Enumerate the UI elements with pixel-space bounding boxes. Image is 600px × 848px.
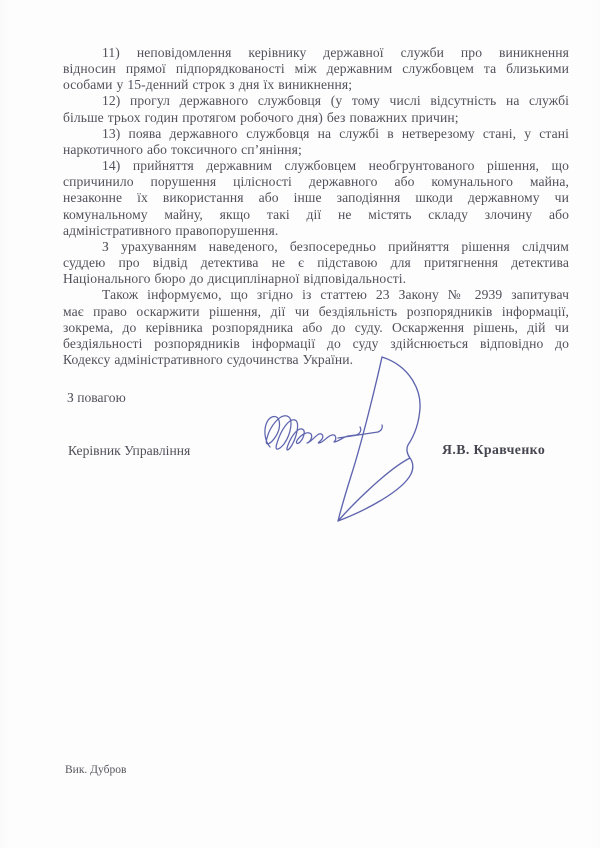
document-line: бездіяльності розпорядників інформації д… — [63, 336, 569, 352]
document-line: зокрема, до керівника розпорядника або д… — [63, 320, 569, 336]
document-line: суддею про відвід детектива не є підстав… — [63, 255, 569, 271]
document-body: 11) неповідомлення керівнику державної с… — [63, 45, 569, 368]
document-line: адміністративного правопорушення. — [63, 223, 569, 239]
closing-salutation: З повагою — [67, 390, 126, 406]
scanned-letter-page: 11) неповідомлення керівнику державної с… — [0, 0, 600, 848]
signature-letters-stroke — [265, 416, 382, 450]
document-line: спричинило порушення цілісності державно… — [63, 174, 569, 190]
document-line: особами у 15-денний строк з дня їх виник… — [63, 77, 569, 93]
document-line: З урахуванням наведеного, безпосередньо … — [63, 239, 569, 255]
document-line: більше трьох годин протягом робочого дня… — [63, 110, 569, 126]
document-line: Кодексу адміністративного судочинства Ук… — [63, 352, 569, 368]
document-line: відносин прямої підпорядкованості між де… — [63, 61, 569, 77]
signer-name: Я.В. Кравченко — [442, 442, 545, 458]
document-line: незаконне їх використання або інше запод… — [63, 190, 569, 206]
signer-title: Керівник Управління — [68, 443, 190, 459]
document-line: 13) поява державного службовця на службі… — [63, 126, 569, 142]
document-line: Також інформуємо, що згідно із статтею 2… — [63, 287, 569, 303]
document-line: 11) неповідомлення керівнику державної с… — [63, 45, 569, 61]
document-line: 14) прийняття державним службовцем необг… — [63, 158, 569, 174]
document-line: Національного бюро до дисциплінарної від… — [63, 271, 569, 287]
ink-signature — [250, 346, 440, 538]
document-line: наркотичного або токсичного сп’яніння; — [63, 142, 569, 158]
document-line: 12) прогул державного службовця (у тому … — [63, 93, 569, 109]
signature-flourish-stroke — [338, 357, 420, 521]
document-line: має право оскаржити рішення, дії чи безд… — [63, 304, 569, 320]
document-line: комунальному майну, якщо такі дії не міс… — [63, 207, 569, 223]
executor-note: Вик. Дубров — [65, 764, 126, 776]
